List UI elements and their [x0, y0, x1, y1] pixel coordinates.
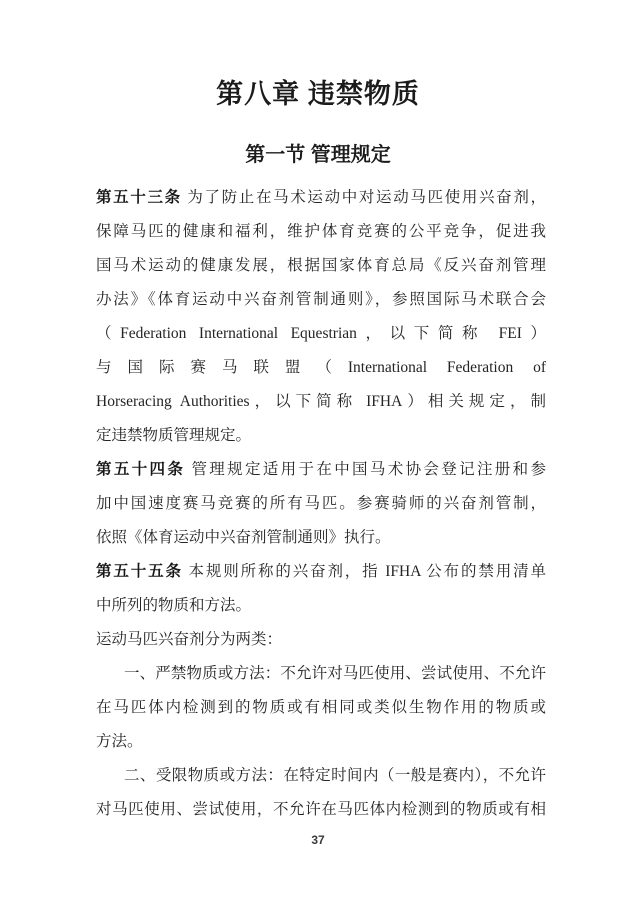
document-body: 第五十三条 为了防止在马术运动中对运动马匹使用兴奋剂，保障马匹的健康和福利，维护…	[96, 181, 546, 827]
text-segment: 在马匹体内检测到的物质或有相同或类似生物作用的物质或	[96, 699, 546, 716]
text-line: 加中国速度赛马竞赛的所有马匹。参赛骑师的兴奋剂管制，	[96, 487, 546, 521]
text-line: 定违禁物质管理规定。	[96, 419, 546, 453]
text-line: （Federation International Equestrian，以下简…	[96, 317, 546, 351]
text-segment: 保障马匹的健康和福利，维护体育竞赛的公平竞争，促进我	[96, 223, 546, 240]
text-segment: 为了防止在马术运动中对运动马匹使用兴奋剂，	[182, 189, 546, 206]
section-title: 第一节 管理规定	[0, 140, 636, 170]
text-segment: 二、受限物质或方法：在特定时间内（一般是赛内），不允许	[124, 767, 546, 784]
text-segment: 管理规定适用于在中国马术协会登记注册和参	[185, 461, 546, 478]
text-line: 方法。	[96, 725, 546, 759]
text-line: 与国际赛马联盟（International Federation of	[96, 351, 546, 385]
text-segment: 本规则所称的兴奋剂，指 IFHA 公布的禁用清单	[183, 563, 546, 580]
text-line: 依照《体育运动中兴奋剂管制通则》执行。	[96, 521, 546, 555]
text-line: 国马术运动的健康发展，根据国家体育总局《反兴奋剂管理	[96, 249, 546, 283]
text-segment: 定违禁物质管理规定。	[96, 427, 251, 444]
text-segment: 方法。	[96, 733, 143, 750]
text-segment: 办法》《体育运动中兴奋剂管制通则》，参照国际马术联合会	[96, 291, 546, 308]
text-line: 保障马匹的健康和福利，维护体育竞赛的公平竞争，促进我	[96, 215, 546, 249]
text-segment: 中所列的物质和方法。	[96, 597, 251, 614]
text-line: 在马匹体内检测到的物质或有相同或类似生物作用的物质或	[96, 691, 546, 725]
text-line: 第五十五条 本规则所称的兴奋剂，指 IFHA 公布的禁用清单	[96, 555, 546, 589]
text-line: 二、受限物质或方法：在特定时间内（一般是赛内），不允许	[96, 759, 546, 793]
chapter-title: 第八章 违禁物质	[0, 76, 636, 112]
article-number: 第五十四条	[96, 461, 185, 478]
text-line: 中所列的物质和方法。	[96, 589, 546, 623]
text-line: 对马匹使用、尝试使用，不允许在马匹体内检测到的物质或有相	[96, 793, 546, 827]
article-number: 第五十五条	[96, 563, 183, 580]
text-line: 运动马匹兴奋剂分为两类：	[96, 623, 546, 657]
document-page: 第八章 违禁物质 第一节 管理规定 第五十三条 为了防止在马术运动中对运动马匹使…	[0, 0, 636, 900]
text-line: 办法》《体育运动中兴奋剂管制通则》，参照国际马术联合会	[96, 283, 546, 317]
text-line: 第五十四条 管理规定适用于在中国马术协会登记注册和参	[96, 453, 546, 487]
text-segment: 国马术运动的健康发展，根据国家体育总局《反兴奋剂管理	[96, 257, 546, 274]
page-number: 37	[0, 831, 636, 849]
text-segment: 与国际赛马联盟（International Federation of	[96, 359, 546, 376]
text-segment: 对马匹使用、尝试使用，不允许在马匹体内检测到的物质或有相	[96, 801, 546, 818]
article-number: 第五十三条	[96, 189, 182, 206]
text-segment: （Federation International Equestrian，以下简…	[96, 325, 546, 342]
text-segment: 一、严禁物质或方法：不允许对马匹使用、尝试使用、不允许	[124, 665, 546, 682]
text-segment: 加中国速度赛马竞赛的所有马匹。参赛骑师的兴奋剂管制，	[96, 495, 546, 512]
text-segment: 运动马匹兴奋剂分为两类：	[96, 631, 282, 648]
text-line: Horseracing Authorities，以下简称 IFHA）相关规定，制	[96, 385, 546, 419]
text-line: 一、严禁物质或方法：不允许对马匹使用、尝试使用、不允许	[96, 657, 546, 691]
text-line: 第五十三条 为了防止在马术运动中对运动马匹使用兴奋剂，	[96, 181, 546, 215]
text-segment: Horseracing Authorities，以下简称 IFHA）相关规定，制	[96, 393, 546, 410]
text-segment: 依照《体育运动中兴奋剂管制通则》执行。	[96, 529, 391, 546]
